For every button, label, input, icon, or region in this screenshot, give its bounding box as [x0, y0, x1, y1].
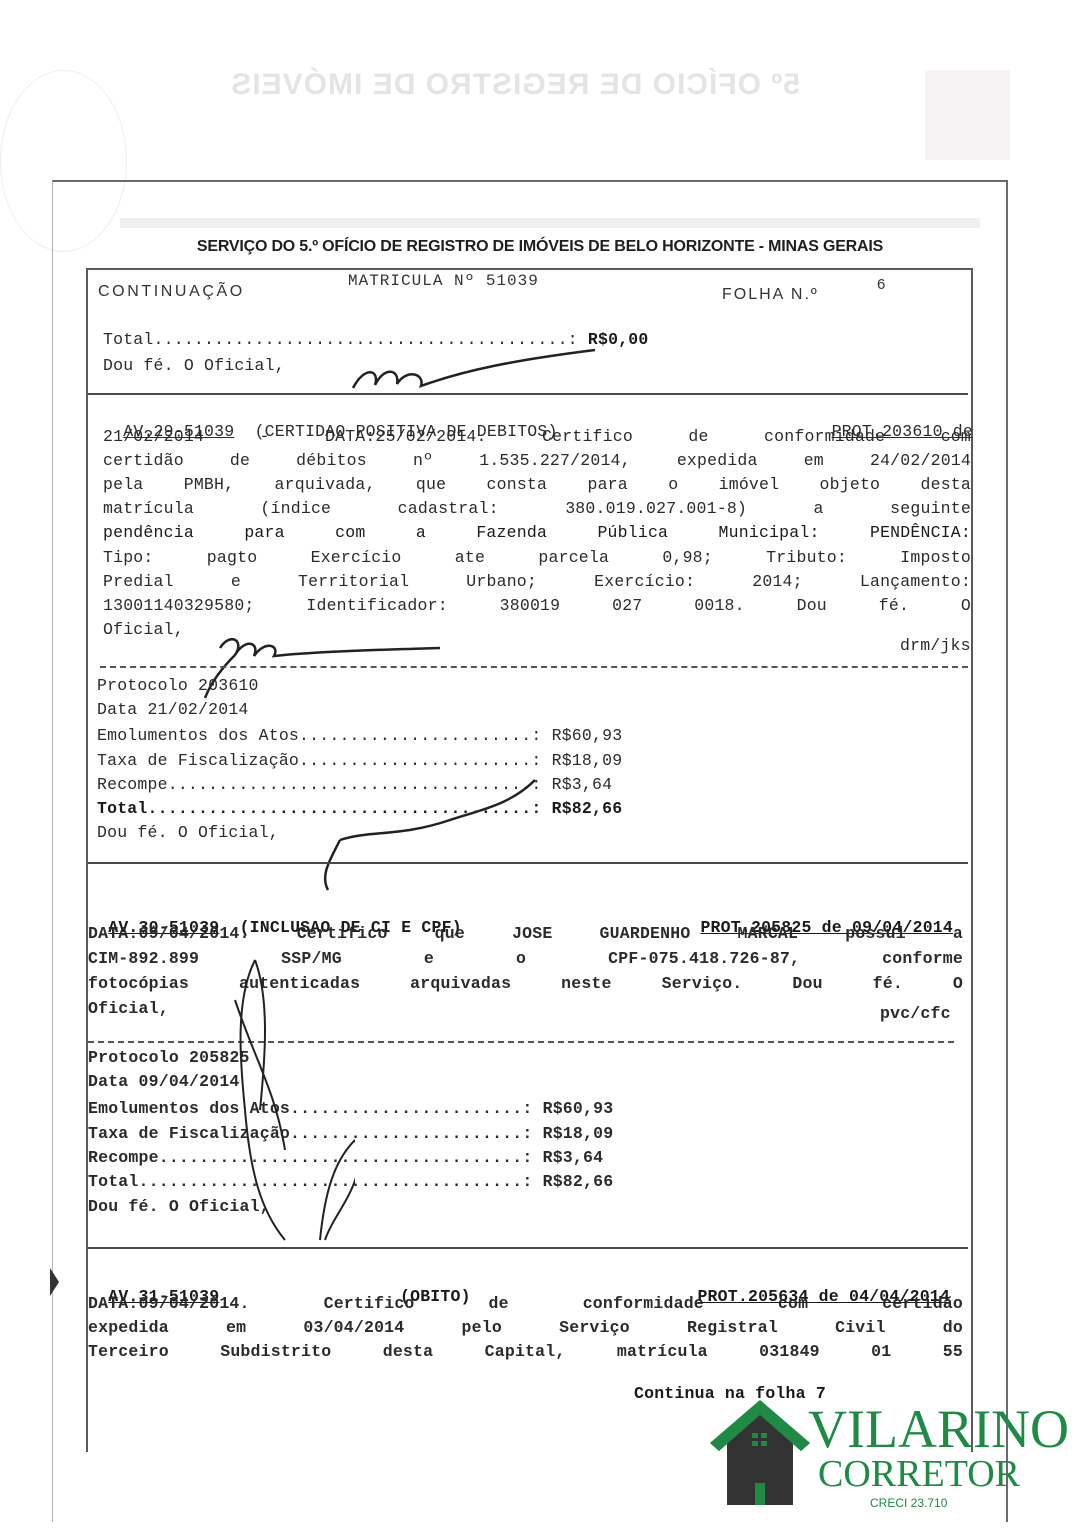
logo-creci: CRECI 23.710: [870, 1496, 947, 1510]
body-line: pela PMBH, arquivada, que consta para o …: [103, 475, 971, 494]
fee-label: Total...................................…: [103, 330, 578, 349]
fee-label: Emolumentos dos Atos....................…: [88, 1099, 532, 1118]
body-line: certidão de débitos nº 1.535.227/2014, e…: [103, 451, 971, 470]
fee-row-total: Total...................................…: [88, 1172, 613, 1191]
protocolo-date: Data 21/02/2014: [97, 700, 249, 719]
dou-fe: Dou fé. O Oficial,: [88, 1197, 270, 1216]
fee-row: Taxa de Fiscalização....................…: [88, 1124, 613, 1143]
section-divider: [88, 1247, 968, 1249]
ghost-stamp: [925, 70, 1010, 160]
body-line: matrícula (índice cadastral: 380.019.027…: [103, 499, 971, 518]
dou-fe: Dou fé. O Oficial,: [97, 823, 279, 842]
section-divider: [88, 862, 968, 864]
fee-label: Emolumentos dos Atos....................…: [97, 726, 541, 745]
folha-number: 6: [877, 276, 885, 293]
body-line: fotocópias autenticadas arquivadas neste…: [88, 974, 963, 993]
body-line: CIM-892.899 SSP/MG e o CPF-075.418.726-8…: [88, 949, 963, 968]
body-line: Terceiro Subdistrito desta Capital, matr…: [88, 1342, 963, 1361]
protocolo-date: Data 09/04/2014: [88, 1072, 240, 1091]
fee-value: R$82,66: [543, 1172, 614, 1191]
body-line: pendência para com a Fazenda Pública Mun…: [103, 523, 971, 542]
prior-total-row: Total...................................…: [103, 330, 649, 349]
fee-label: Recompe.................................…: [97, 775, 541, 794]
body-line: DATA:09/04/2014. Certifico de conformida…: [88, 1294, 963, 1313]
fee-value: R$3,64: [543, 1148, 604, 1167]
fee-value: R$82,66: [552, 799, 623, 818]
office-header: SERVIÇO DO 5.º OFÍCIO DE REGISTRO DE IMÓ…: [110, 238, 970, 256]
fee-value: R$60,93: [552, 726, 623, 745]
matricula-number: MATRICULA Nº 51039: [348, 272, 539, 290]
logo-name: VILARINO: [808, 1402, 1069, 1456]
dashed-divider: [100, 666, 968, 668]
protocolo: Protocolo 203610: [97, 676, 259, 695]
fee-label: Recompe.................................…: [88, 1148, 532, 1167]
margin-arrow-icon: [50, 1268, 59, 1296]
clerk-initials: drm/jks: [900, 636, 971, 655]
body-line: DATA:09/04/2014. Certifico que JOSE GUAR…: [88, 924, 963, 943]
body-line: Oficial,: [103, 620, 184, 639]
logo-subtitle: CORRETOR: [818, 1455, 1020, 1493]
body-line: 13001140329580; Identificador: 380019 02…: [103, 596, 971, 615]
dashed-divider: [88, 1041, 954, 1043]
body-line: 21/02/2014 - DATA:25/02/2014. Certifico …: [103, 427, 971, 446]
section-divider: [88, 393, 968, 395]
fee-value: R$3,64: [552, 775, 613, 794]
fee-label: Taxa de Fiscalização....................…: [88, 1124, 532, 1143]
continuacao-label: CONTINUAÇÃO: [98, 283, 245, 301]
body-line: Oficial,: [88, 999, 169, 1018]
fee-value: R$18,09: [552, 751, 623, 770]
fee-label: Total...................................…: [88, 1172, 532, 1191]
body-line: Tipo: pagto Exercício ate parcela 0,98; …: [103, 548, 971, 567]
ghost-bleed-title: 5º OFÍCIO DE REGISTRO DE IMÓVEIS: [140, 68, 800, 102]
protocolo: Protocolo 205825: [88, 1048, 250, 1067]
body-line: expedida em 03/04/2014 pelo Serviço Regi…: [88, 1318, 963, 1337]
fee-row: Emolumentos dos Atos....................…: [97, 726, 622, 745]
fee-value: R$18,09: [543, 1124, 614, 1143]
fee-row-total: Total...................................…: [97, 799, 622, 818]
prior-dou-fe: Dou fé. O Oficial,: [103, 356, 285, 375]
fee-value: R$60,93: [543, 1099, 614, 1118]
body-line: Predial e Territorial Urbano; Exercício:…: [103, 572, 971, 591]
fee-row: Emolumentos dos Atos....................…: [88, 1099, 613, 1118]
fee-row: Taxa de Fiscalização....................…: [97, 751, 622, 770]
fee-label: Taxa de Fiscalização....................…: [97, 751, 541, 770]
fee-label: Total...................................…: [97, 799, 541, 818]
clerk-initials: pvc/cfc: [880, 1004, 951, 1023]
fee-row: Recompe.................................…: [97, 775, 612, 794]
fee-value: R$0,00: [588, 330, 649, 349]
folha-label: FOLHA N.º: [722, 286, 819, 304]
fee-row: Recompe.................................…: [88, 1148, 603, 1167]
